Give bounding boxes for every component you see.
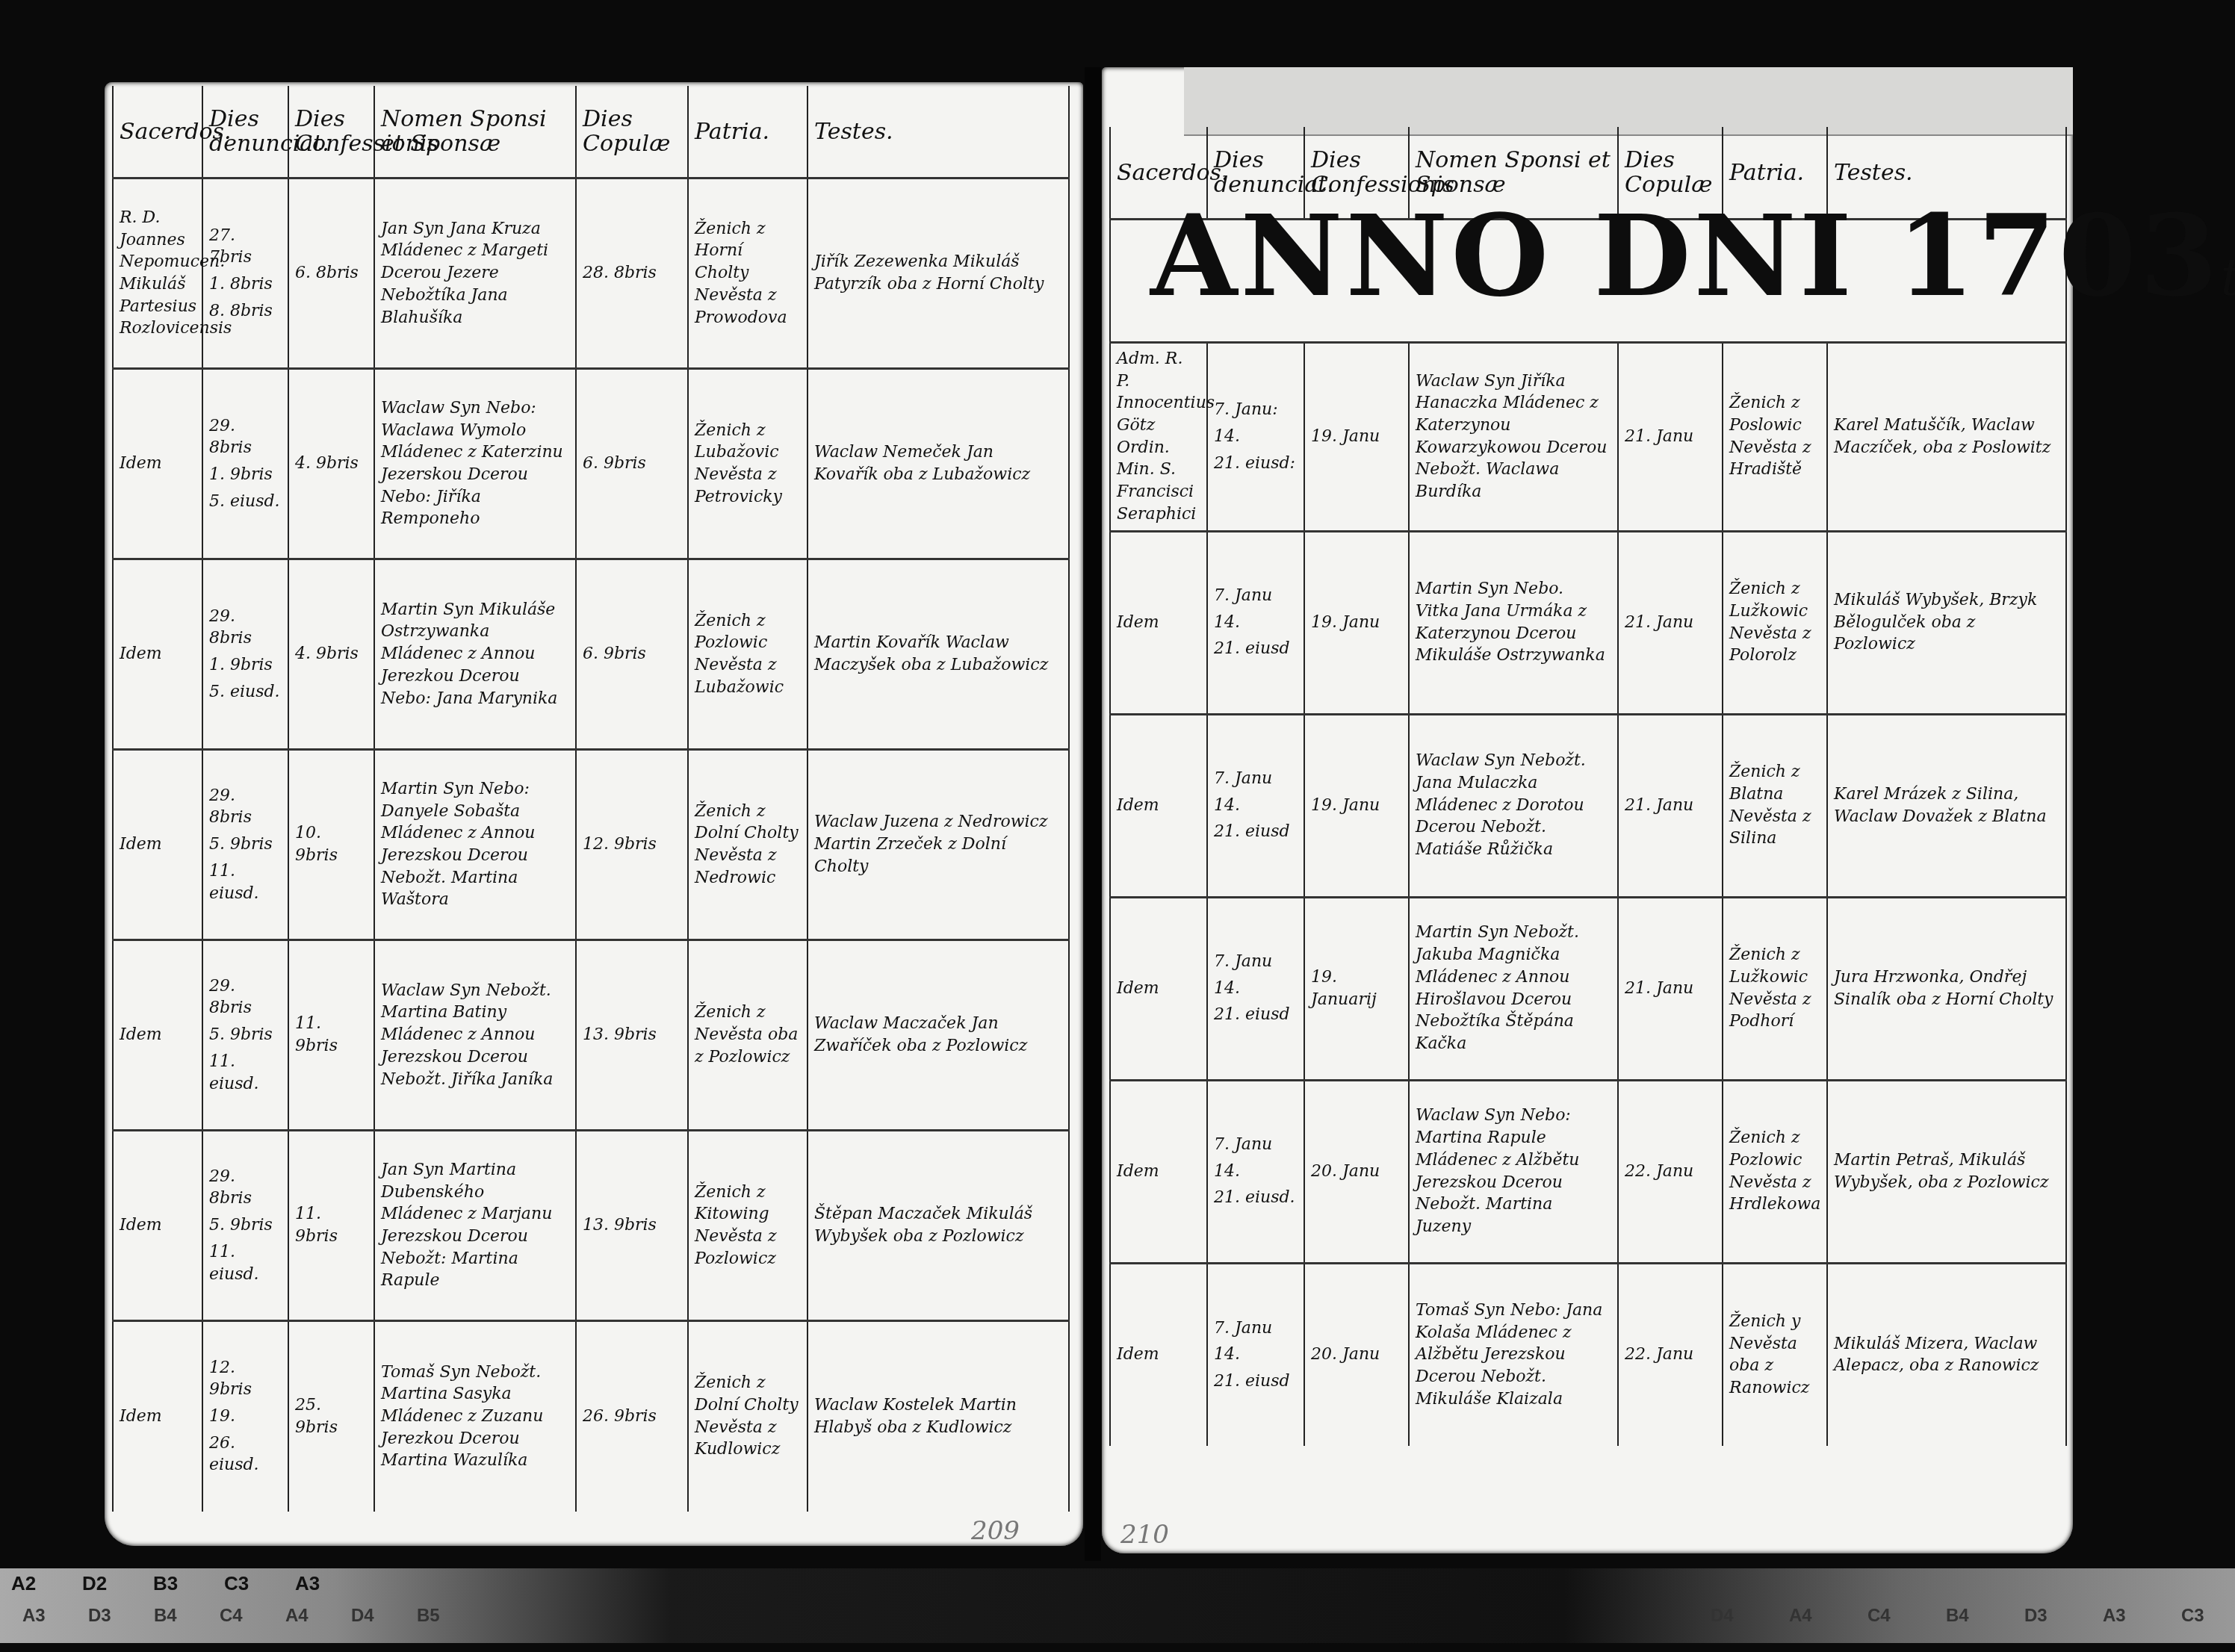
confession-date-cell: 20. Janu [1304,1080,1409,1263]
witnesses-cell: Jiřík Zezewenka Mikuláš Patyrzík oba z H… [807,178,1069,369]
denunciation-date: 5. eiusd. [209,491,282,513]
denunciation-dates-cell: 7. Janu14.21. eiusd. [1207,1080,1304,1263]
right-register-body: Adm. R. P. Innocentius Götz Ordin. Min. … [1110,343,2066,1447]
register-entry-row: R. D. Joannes Nepomucen. Mikuláš Partesi… [113,178,1069,369]
col-header-confession: Dies Confessionis [288,86,374,178]
priest-cell: Adm. R. P. Innocentius Götz Ordin. Min. … [1110,343,1207,532]
calibration-label: A4 [285,1606,309,1627]
denunciation-dates-cell: 27. 7bris1. 8bris8. 8bris [202,178,288,369]
couple-names-cell: Waclaw Syn Nebožt. Martina Batiny Mláden… [374,940,576,1131]
priest-cell: Idem [113,559,202,750]
marriage-date-cell: 26. 9bris [576,1321,688,1512]
register-entry-row: Idem29. 8bris5. 9bris11. eiusd.10. 9bris… [113,750,1069,940]
couple-names-cell: Martin Syn Mikuláše Ostrzywanka Mládenec… [374,559,576,750]
denunciation-dates-cell: 29. 8bris5. 9bris11. eiusd. [202,940,288,1131]
denunciation-date: 11. eiusd. [209,860,282,904]
col-header-denunciation: Dies denunciat. [202,86,288,178]
couple-names-cell: Martin Syn Nebožt. Jakuba Magnička Mláde… [1409,897,1618,1080]
marriage-date-cell: 28. 8bris [576,178,688,369]
calibration-label: A4 [1789,1606,1812,1627]
denunciation-date: 29. 8bris [209,785,282,829]
denunciation-date: 14. [1214,426,1298,448]
origin-cell: Ženich z Poslowic Nevěsta z Hradiště [1723,343,1827,532]
calibration-label: D4 [351,1606,374,1627]
denunciation-date: 1. 8bris [209,273,282,296]
denunciation-dates-cell: 12. 9bris19.26. eiusd. [202,1321,288,1512]
couple-names-cell: Martin Syn Nebo: Danyele Sobašta Mládene… [374,750,576,940]
denunciation-date: 14. [1214,612,1298,634]
marriage-date-cell: 13. 9bris [576,940,688,1131]
calibration-label: C4 [220,1606,243,1627]
denunciation-dates-cell: 7. Janu14.21. eiusd [1207,714,1304,897]
origin-cell: Ženich z Pozlowic Nevěsta z Lubažowic [688,559,807,750]
denunciation-date: 14. [1214,1161,1298,1183]
year-heading: ANNO DNI 1703tio. [1150,190,2235,322]
denunciation-date: 1. 9bris [209,464,282,486]
priest-cell: Idem [1110,1263,1207,1446]
origin-cell: Ženich z Dolní Cholty Nevěsta z Nedrowic [688,750,807,940]
origin-cell: Ženich z Lužkowic Nevěsta z Podhorí [1723,897,1827,1080]
denunciation-date: 7. Janu [1214,1134,1298,1156]
denunciation-date: 21. eiusd: [1214,453,1298,475]
denunciation-date: 1. 9bris [209,654,282,677]
witnesses-cell: Jura Hrzwonka, Ondřej Sinalík oba z Horn… [1827,897,2066,1080]
col-header-names: Nomen Sponsi et Sponsæ [374,86,576,178]
left-register-table: Sacerdos. Dies denunciat. Dies Confessio… [112,86,1070,1512]
priest-cell: Idem [1110,897,1207,1080]
calibration-label: B3 [153,1572,178,1595]
confession-date-cell: 20. Janu [1304,1263,1409,1446]
register-entry-row: Idem29. 8bris5. 9bris11. eiusd.11. 9bris… [113,940,1069,1131]
witnesses-cell: Waclaw Maczaček Jan Zwaříček oba z Pozlo… [807,940,1069,1131]
denunciation-date: 26. eiusd. [209,1432,282,1476]
register-entry-row: Idem29. 8bris1. 9bris5. eiusd.4. 9brisWa… [113,369,1069,559]
confession-date-cell: 11. 9bris [288,940,374,1131]
origin-cell: Ženich z Nevěsta oba z Pozlowicz [688,940,807,1131]
register-entry-row: Idem7. Janu14.21. eiusd19. JanuarijMarti… [1110,897,2066,1080]
witnesses-cell: Štěpan Maczaček Mikuláš Wybyšek oba z Po… [807,1131,1069,1321]
denunciation-date: 21. eiusd [1214,638,1298,660]
confession-date-cell: 19. Janu [1304,714,1409,897]
denunciation-dates-cell: 29. 8bris1. 9bris5. eiusd. [202,369,288,559]
priest-cell: Idem [113,750,202,940]
denunciation-date: 7. Janu [1214,585,1298,607]
calibration-label: D3 [88,1606,111,1627]
confession-date-cell: 11. 9bris [288,1131,374,1321]
confession-date-cell: 4. 9bris [288,369,374,559]
denunciation-date: 12. 9bris [209,1357,282,1401]
calibration-label: D2 [82,1572,107,1595]
denunciation-date: 7. Janu [1214,951,1298,973]
denunciation-date: 5. 9bris [209,1024,282,1046]
priest-cell: Idem [113,369,202,559]
denunciation-dates-cell: 29. 8bris5. 9bris11. eiusd. [202,1131,288,1321]
denunciation-dates-cell: 29. 8bris5. 9bris11. eiusd. [202,750,288,940]
denunciation-dates-cell: 29. 8bris1. 9bris5. eiusd. [202,559,288,750]
register-entry-row: Idem7. Janu14.21. eiusd19. JanuWaclaw Sy… [1110,714,2066,897]
denunciation-date: 5. eiusd. [209,681,282,704]
left-register-body: R. D. Joannes Nepomucen. Mikuláš Partesi… [113,178,1069,1512]
column-header-row: Sacerdos. Dies denunciat. Dies Confessio… [113,86,1069,178]
denunciation-date: 27. 7bris [209,225,282,269]
confession-date-cell: 25. 9bris [288,1321,374,1512]
witnesses-cell: Martin Kovařík Waclaw Maczyšek oba z Lub… [807,559,1069,750]
marriage-date-cell: 21. Janu [1618,343,1723,532]
denunciation-date: 14. [1214,978,1298,1000]
col-header-testes: Testes. [807,86,1069,178]
marriage-date-cell: 22. Janu [1618,1263,1723,1446]
origin-cell: Ženich z Dolní Cholty Nevěsta z Kudlowic… [688,1321,807,1512]
priest-cell: R. D. Joannes Nepomucen. Mikuláš Partesi… [113,178,202,369]
calibration-label: A3 [2103,1606,2126,1627]
priest-cell: Idem [1110,714,1207,897]
witnesses-cell: Mikuláš Mizera, Waclaw Alepacz, oba z Ra… [1827,1263,2066,1446]
confession-date-cell: 19. Janu [1304,343,1409,532]
denunciation-date: 21. eiusd. [1214,1187,1298,1209]
denunciation-date: 5. 9bris [209,833,282,856]
witnesses-cell: Mikuláš Wybyšek, Brzyk Bělogulček oba z … [1827,531,2066,714]
marriage-date-cell: 21. Janu [1618,531,1723,714]
denunciation-date: 29. 8bris [209,1166,282,1210]
witnesses-cell: Waclaw Juzena z Nedrowicz Martin Zrzeček… [807,750,1069,940]
denunciation-date: 14. [1214,795,1298,817]
marriage-date-cell: 21. Janu [1618,897,1723,1080]
confession-date-cell: 10. 9bris [288,750,374,940]
couple-names-cell: Waclaw Syn Nebožt. Jana Mulaczka Mládene… [1409,714,1618,897]
origin-cell: Ženich z Lužkowic Nevěsta z Polorolz [1723,531,1827,714]
witnesses-cell: Waclaw Kostelek Martin Hlabyš oba z Kudl… [807,1321,1069,1512]
calibration-label: B4 [1946,1606,1969,1627]
denunciation-date: 7. Janu: [1214,399,1298,421]
couple-names-cell: Waclaw Syn Nebo: Martina Rapule Mládenec… [1409,1080,1618,1263]
right-register-table: Sacerdos. Dies denunciat. Dies Confessio… [1109,127,2067,1446]
calibration-label: A2 [11,1572,36,1595]
denunciation-date: 7. Janu [1214,768,1298,790]
denunciation-dates-cell: 7. Janu14.21. eiusd [1207,531,1304,714]
calibration-label: D3 [2024,1606,2048,1627]
book-gutter [1085,67,1101,1561]
priest-cell: Idem [1110,531,1207,714]
couple-names-cell: Tomaš Syn Nebožt. Martina Sasyka Mládene… [374,1321,576,1512]
priest-cell: Idem [113,940,202,1131]
register-entry-row: Adm. R. P. Innocentius Götz Ordin. Min. … [1110,343,2066,532]
priest-cell: Idem [1110,1080,1207,1263]
priest-cell: Idem [113,1321,202,1512]
year-heading-suffix: tio. [2221,246,2235,308]
denunciation-date: 5. 9bris [209,1214,282,1237]
denunciation-date: 11. eiusd. [209,1241,282,1285]
confession-date-cell: 19. Janu [1304,531,1409,714]
denunciation-date: 29. 8bris [209,975,282,1019]
denunciation-date: 8. 8bris [209,300,282,323]
register-entry-row: Idem29. 8bris5. 9bris11. eiusd.11. 9bris… [113,1131,1069,1321]
origin-cell: Ženich z Kitowing Nevěsta z Pozlowicz [688,1131,807,1321]
calibration-label: D4 [1711,1606,1734,1627]
calibration-label: B4 [154,1606,177,1627]
denunciation-date: 7. Janu [1214,1317,1298,1340]
register-entry-row: Idem7. Janu14.21. eiusd20. JanuTomaš Syn… [1110,1263,2066,1446]
couple-names-cell: Waclaw Syn Nebo: Waclawa Wymolo Mládenec… [374,369,576,559]
register-entry-row: Idem12. 9bris19.26. eiusd.25. 9brisTomaš… [113,1321,1069,1512]
marriage-date-cell: 6. 9bris [576,369,688,559]
witnesses-cell: Martin Petraš, Mikuláš Wybyšek, oba z Po… [1827,1080,2066,1263]
col-header-patria: Patria. [688,86,807,178]
denunciation-date: 19. [209,1406,282,1428]
calibration-label: A3 [295,1572,320,1595]
color-calibration-strip: A2D2B3C3A3 A3D3B4C4A4D4B5 D4A4C4B4D3A3C3 [0,1568,2235,1643]
register-entry-row: Idem29. 8bris1. 9bris5. eiusd.4. 9brisMa… [113,559,1069,750]
marriage-date-cell: 21. Janu [1618,714,1723,897]
confession-date-cell: 4. 9bris [288,559,374,750]
year-heading-text: ANNO DNI 1703 [1150,190,2221,322]
denunciation-date: 21. eiusd [1214,1004,1298,1026]
confession-date-cell: 6. 8bris [288,178,374,369]
origin-cell: Ženich y Nevěsta oba z Ranowicz [1723,1263,1827,1446]
col-header-copulation: Dies Copulæ [576,86,688,178]
marriage-date-cell: 13. 9bris [576,1131,688,1321]
calibration-label: A3 [22,1606,46,1627]
marriage-date-cell: 22. Janu [1618,1080,1723,1263]
calibration-label: C3 [2181,1606,2204,1627]
origin-cell: Ženich z Lubažovic Nevěsta z Petrovicky [688,369,807,559]
col-header-sacerdos: Sacerdos. [113,86,202,178]
denunciation-dates-cell: 7. Janu14.21. eiusd [1207,897,1304,1080]
couple-names-cell: Waclaw Syn Jiříka Hanaczka Mládenec z Ka… [1409,343,1618,532]
priest-cell: Idem [113,1131,202,1321]
couple-names-cell: Tomaš Syn Nebo: Jana Kolaša Mládenec z A… [1409,1263,1618,1446]
denunciation-date: 14. [1214,1344,1298,1366]
origin-cell: Ženich z Horní Cholty Nevěsta z Prowodov… [688,178,807,369]
denunciation-date: 11. eiusd. [209,1051,282,1095]
witnesses-cell: Karel Mrázek z Silina, Waclaw Dovažek z … [1827,714,2066,897]
marriage-date-cell: 6. 9bris [576,559,688,750]
register-entry-row: Idem7. Janu14.21. eiusd.20. JanuWaclaw S… [1110,1080,2066,1263]
couple-names-cell: Jan Syn Martina Dubenského Mládenec z Ma… [374,1131,576,1321]
witnesses-cell: Waclaw Nemeček Jan Kovařík oba z Lubažow… [807,369,1069,559]
marriage-date-cell: 12. 9bris [576,750,688,940]
calibration-label: B5 [417,1606,440,1627]
couple-names-cell: Martin Syn Nebo. Vitka Jana Urmáka z Kat… [1409,531,1618,714]
witnesses-cell: Karel Matuščík, Waclaw Maczíček, oba z P… [1827,343,2066,532]
origin-cell: Ženich z Pozlowic Nevěsta z Hrdlekowa [1723,1080,1827,1263]
page-fold-strip [1184,67,2073,136]
couple-names-cell: Jan Syn Jana Kruza Mládenec z Margeti Dc… [374,178,576,369]
origin-cell: Ženich z Blatna Nevěsta z Silina [1723,714,1827,897]
denunciation-date: 29. 8bris [209,606,282,650]
denunciation-date: 21. eiusd [1214,821,1298,843]
calibration-label: C3 [224,1572,249,1595]
confession-date-cell: 19. Januarij [1304,897,1409,1080]
denunciation-date: 29. 8bris [209,415,282,459]
calibration-label: C4 [1867,1606,1891,1627]
page-number-right: 210 [1120,1520,1169,1550]
denunciation-date: 21. eiusd [1214,1370,1298,1393]
page-number-left: 209 [971,1516,1020,1546]
left-page: Sacerdos. Dies denunciat. Dies Confessio… [105,82,1083,1546]
register-entry-row: Idem7. Janu14.21. eiusd19. JanuMartin Sy… [1110,531,2066,714]
denunciation-dates-cell: 7. Janu14.21. eiusd [1207,1263,1304,1446]
denunciation-dates-cell: 7. Janu:14.21. eiusd: [1207,343,1304,532]
